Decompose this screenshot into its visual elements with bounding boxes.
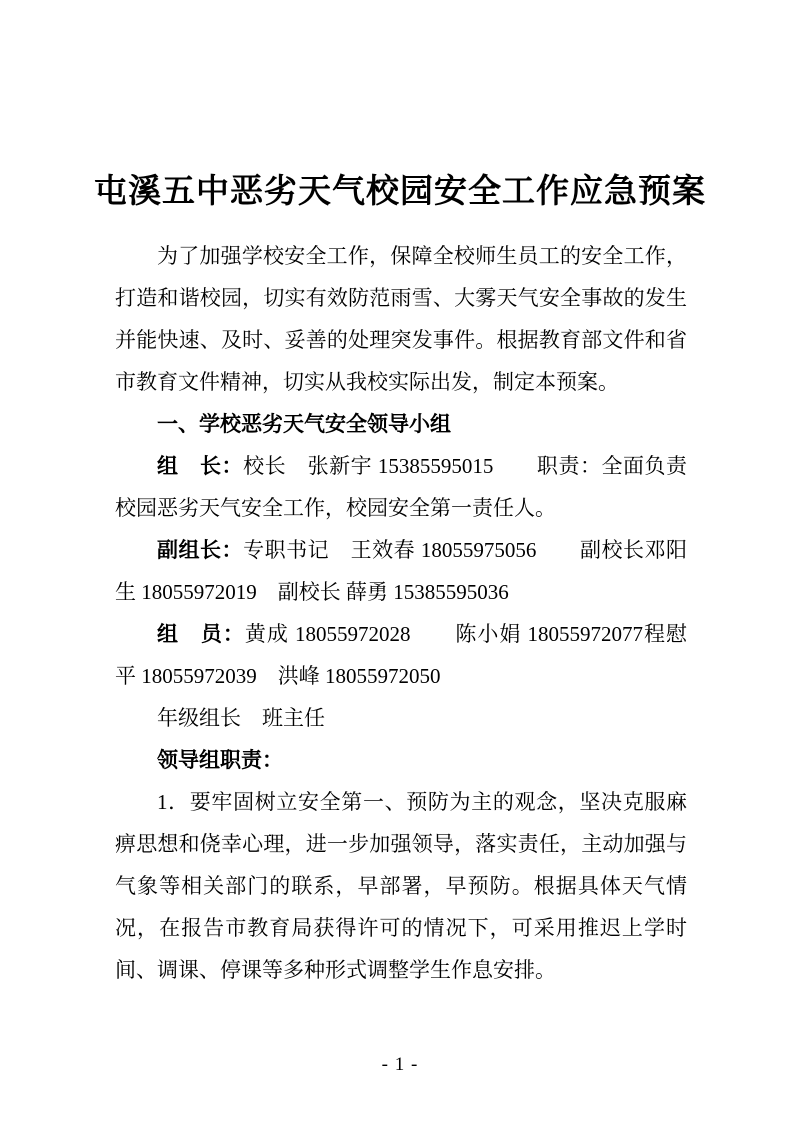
document-body: 为了加强学校安全工作，保障全校师生员工的安全工作，打造和谐校园，切实有效防范雨雪…: [115, 235, 687, 991]
paragraph-text-run: 为了加强学校安全工作，保障全校师生员工的安全工作，打造和谐校园，切实有效防范雨雪…: [115, 244, 687, 394]
paragraph-label-run: 领导组职责：: [157, 748, 283, 772]
paragraph-label-run: 一、学校恶劣天气安全领导小组: [157, 412, 451, 436]
paragraph-duties-heading: 领导组职责：: [115, 739, 687, 781]
paragraph-text-run: 年级组长 班主任: [157, 706, 325, 730]
paragraph-text-run: 1．要牢固树立安全第一、预防为主的观念，坚决克服麻痹思想和侥幸心理，进一步加强领…: [115, 790, 687, 982]
paragraph-group-leader: 组 长：校长 张新宇 15385595015 职责：全面负责校园恶劣天气安全工作…: [115, 445, 687, 529]
paragraph-grade-leaders: 年级组长 班主任: [115, 697, 687, 739]
paragraph-members: 组 员：黄成 18055972028 陈小娟 18055972077程慰平 18…: [115, 613, 687, 697]
paragraph-section-1-heading: 一、学校恶劣天气安全领导小组: [115, 403, 687, 445]
document-title: 屯溪五中恶劣天气校园安全工作应急预案: [0, 22, 800, 213]
paragraph-duty-1: 1．要牢固树立安全第一、预防为主的观念，坚决克服麻痹思想和侥幸心理，进一步加强领…: [115, 781, 687, 991]
page-number: - 1 -: [0, 1054, 800, 1076]
paragraph-deputy-leaders: 副组长：专职书记 王效春 18055975056 副校长邓阳生 18055972…: [115, 529, 687, 613]
document-page: 屯溪五中恶劣天气校园安全工作应急预案 为了加强学校安全工作，保障全校师生员工的安…: [0, 0, 800, 1132]
paragraph-label-run: 组 员：: [157, 622, 245, 646]
paragraph-label-run: 组 长：: [157, 454, 243, 478]
paragraph-label-run: 副组长：: [157, 538, 243, 562]
paragraph-intro: 为了加强学校安全工作，保障全校师生员工的安全工作，打造和谐校园，切实有效防范雨雪…: [115, 235, 687, 403]
